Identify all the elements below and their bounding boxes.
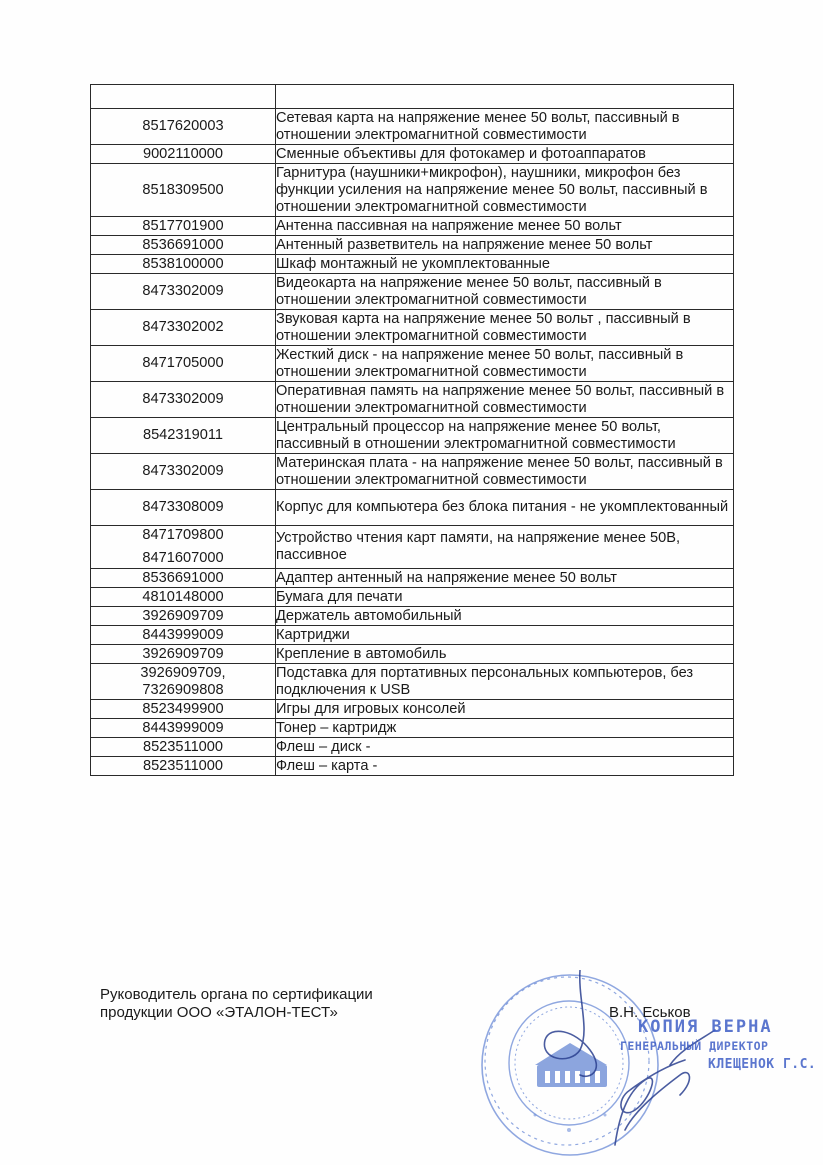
description-cell: Флеш – диск - xyxy=(276,738,734,757)
product-code: 8536691000 xyxy=(91,237,275,254)
table-row: 84717098008471607000Устройство чтения ка… xyxy=(91,526,734,569)
description-cell: Сетевая карта на напряжение менее 50 вол… xyxy=(276,109,734,145)
code-cell: 8518309500 xyxy=(91,164,276,217)
code-cell: 8523511000 xyxy=(91,738,276,757)
position-line-1: Руководитель органа по сертификации xyxy=(100,986,373,1004)
product-code: 8471705000 xyxy=(91,355,275,372)
code-cell: 3926909709 xyxy=(91,645,276,664)
copy-stamp-line-2: ГЕНЕРАЛЬНЫЙ ДИРЕКТОР xyxy=(620,1039,816,1053)
description-cell: Антенна пассивная на напряжение менее 50… xyxy=(276,217,734,236)
code-cell: 8473302009 xyxy=(91,454,276,490)
description-cell: Бумага для печати xyxy=(276,588,734,607)
description-cell: Гарнитура (наушники+микрофон), наушники,… xyxy=(276,164,734,217)
product-code: 3926909709 xyxy=(91,608,275,625)
signatory-position: Руководитель органа по сертификации прод… xyxy=(100,986,373,1022)
table-row: 8523499900Игры для игровых консолей xyxy=(91,700,734,719)
product-code: 8443999009 xyxy=(91,627,275,644)
product-code: 8443999009 xyxy=(91,720,275,737)
description-cell: Центральный процессор на напряжение мене… xyxy=(276,418,734,454)
table-row: 8538100000Шкаф монтажный не укомплектова… xyxy=(91,255,734,274)
table-row: 8473302002Звуковая карта на напряжение м… xyxy=(91,310,734,346)
product-code: 8473302009 xyxy=(91,463,275,480)
product-code: 8523511000 xyxy=(91,739,275,756)
description-cell: Видеокарта на напряжение менее 50 вольт,… xyxy=(276,274,734,310)
code-cell: 8517620003 xyxy=(91,109,276,145)
product-code-table: 8517620003Сетевая карта на напряжение ме… xyxy=(90,84,734,776)
code-cell: 8542319011 xyxy=(91,418,276,454)
product-code: 8471709800 xyxy=(91,527,275,544)
product-code: 8473308009 xyxy=(91,499,275,516)
product-code: 8473302009 xyxy=(91,391,275,408)
table-row: 8473302009Материнская плата - на напряже… xyxy=(91,454,734,490)
code-cell: 8443999009 xyxy=(91,626,276,645)
product-code: 8538100000 xyxy=(91,256,275,273)
table-row: 8473302009Видеокарта на напряжение менее… xyxy=(91,274,734,310)
product-code: 8523511000 xyxy=(91,758,275,775)
table-row: 3926909709Держатель автомобильный xyxy=(91,607,734,626)
description-cell: Подставка для портативных персональных к… xyxy=(276,664,734,700)
document-page: 8517620003Сетевая карта на напряжение ме… xyxy=(0,0,823,1165)
table-row: 3926909709,7326909808Подставка для порта… xyxy=(91,664,734,700)
copy-certified-stamp: КОПИЯ ВЕРНА ГЕНЕРАЛЬНЫЙ ДИРЕКТОР КЛЕЩЕНО… xyxy=(620,1017,816,1072)
product-code: 8517701900 xyxy=(91,218,275,235)
table-row: 8523511000Флеш – диск - xyxy=(91,738,734,757)
table-row: 8443999009Картриджи xyxy=(91,626,734,645)
table-row: 8517701900Антенна пассивная на напряжени… xyxy=(91,217,734,236)
product-code: 8473302002 xyxy=(91,319,275,336)
header-code-cell xyxy=(91,85,276,109)
description-cell: Звуковая карта на напряжение менее 50 во… xyxy=(276,310,734,346)
table-row: 8536691000Адаптер антенный на напряжение… xyxy=(91,569,734,588)
description-cell: Флеш – карта - xyxy=(276,757,734,776)
product-code: 9002110000 xyxy=(91,146,275,163)
product-code: 4810148000 xyxy=(91,589,275,606)
description-cell: Адаптер антенный на напряжение менее 50 … xyxy=(276,569,734,588)
table-row: 8443999009Тонер – картридж xyxy=(91,719,734,738)
copy-stamp-line-3: КЛЕЩЕНОК Г.С. xyxy=(708,1057,816,1072)
product-code: 8471607000 xyxy=(91,550,275,567)
description-cell: Антенный разветвитель на напряжение мене… xyxy=(276,236,734,255)
position-line-2: продукции ООО «ЭТАЛОН-ТЕСТ» xyxy=(100,1004,373,1022)
code-cell: 8473302009 xyxy=(91,382,276,418)
product-code: 3926909709 xyxy=(91,646,275,663)
table-row: 8518309500Гарнитура (наушники+микрофон),… xyxy=(91,164,734,217)
code-cell: 8536691000 xyxy=(91,569,276,588)
code-cell: 9002110000 xyxy=(91,145,276,164)
code-cell: 3926909709,7326909808 xyxy=(91,664,276,700)
code-cell: 8473302002 xyxy=(91,310,276,346)
description-cell: Крепление в автомобиль xyxy=(276,645,734,664)
description-cell: Игры для игровых консолей xyxy=(276,700,734,719)
code-cell: 8473302009 xyxy=(91,274,276,310)
code-cell: 8538100000 xyxy=(91,255,276,274)
product-code: 8536691000 xyxy=(91,570,275,587)
code-cell: 8523499900 xyxy=(91,700,276,719)
code-cell: 8473308009 xyxy=(91,490,276,526)
header-description-cell xyxy=(276,85,734,109)
table-row: 4810148000Бумага для печати xyxy=(91,588,734,607)
table-row: 9002110000Сменные объективы для фотокаме… xyxy=(91,145,734,164)
description-cell: Шкаф монтажный не укомплектованные xyxy=(276,255,734,274)
description-cell: Картриджи xyxy=(276,626,734,645)
table-row: 8473302009Оперативная память на напряжен… xyxy=(91,382,734,418)
description-cell: Материнская плата - на напряжение менее … xyxy=(276,454,734,490)
product-code: 8518309500 xyxy=(91,182,275,199)
table-row: 8536691000Антенный разветвитель на напря… xyxy=(91,236,734,255)
product-code: 8523499900 xyxy=(91,701,275,718)
table-row: 8542319011Центральный процессор на напря… xyxy=(91,418,734,454)
table-row: 8517620003Сетевая карта на напряжение ме… xyxy=(91,109,734,145)
code-cell: 4810148000 xyxy=(91,588,276,607)
code-cell: 8471705000 xyxy=(91,346,276,382)
code-cell: 8536691000 xyxy=(91,236,276,255)
product-code: 3926909709, xyxy=(91,665,275,682)
product-code: 7326909808 xyxy=(91,682,275,699)
description-cell: Оперативная память на напряжение менее 5… xyxy=(276,382,734,418)
description-cell: Устройство чтения карт памяти, на напряж… xyxy=(276,526,734,569)
signer-name: В.Н. Еськов xyxy=(609,1004,691,1021)
table-header-row xyxy=(91,85,734,109)
description-cell: Жесткий диск - на напряжение менее 50 во… xyxy=(276,346,734,382)
description-cell: Держатель автомобильный xyxy=(276,607,734,626)
description-cell: Корпус для компьютера без блока питания … xyxy=(276,490,734,526)
code-cell: 8443999009 xyxy=(91,719,276,738)
description-cell: Тонер – картридж xyxy=(276,719,734,738)
code-cell: 8517701900 xyxy=(91,217,276,236)
description-cell: Сменные объективы для фотокамер и фотоап… xyxy=(276,145,734,164)
product-code: 8473302009 xyxy=(91,283,275,300)
code-cell: 3926909709 xyxy=(91,607,276,626)
table-row: 8523511000Флеш – карта - xyxy=(91,757,734,776)
table-row: 3926909709Крепление в автомобиль xyxy=(91,645,734,664)
table-row: 8473308009Корпус для компьютера без блок… xyxy=(91,490,734,526)
code-cell: 8523511000 xyxy=(91,757,276,776)
code-cell: 84717098008471607000 xyxy=(91,526,276,569)
product-code: 8542319011 xyxy=(91,427,275,444)
product-code: 8517620003 xyxy=(91,118,275,135)
table-row: 8471705000Жесткий диск - на напряжение м… xyxy=(91,346,734,382)
